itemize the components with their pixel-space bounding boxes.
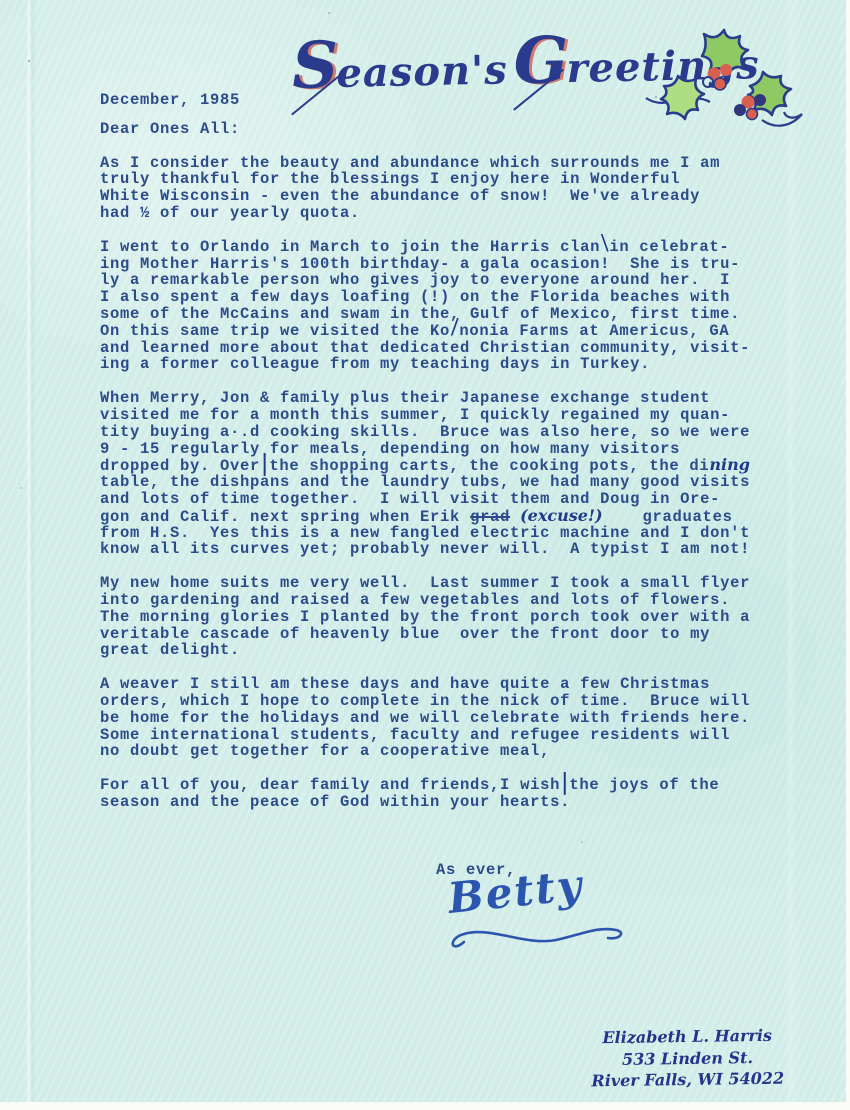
handwritten-annotation: ning bbox=[709, 455, 750, 474]
letter-line: veritable cascade of heavenly blue over … bbox=[100, 626, 790, 643]
address-city: River Falls, WI 54022 bbox=[575, 1067, 800, 1092]
letter-line: For all of you, dear family and friends,… bbox=[100, 777, 790, 794]
return-address: Elizabeth L. Harris 533 Linden St. River… bbox=[575, 1024, 801, 1092]
pen-mark: | bbox=[560, 771, 569, 797]
typed-text: the joys of the bbox=[569, 776, 719, 794]
letter-line: from H.S. Yes this is a new fangled elec… bbox=[100, 525, 790, 542]
letter-line: When Merry, Jon & family plus their Japa… bbox=[100, 390, 790, 407]
typed-text: For all of you, dear family and friends,… bbox=[100, 776, 560, 794]
letter-line: ly a remarkable person who gives joy to … bbox=[100, 272, 790, 289]
address-street: 533 Linden St. bbox=[575, 1046, 800, 1071]
letter-line: orders, which I hope to complete in the … bbox=[100, 693, 790, 710]
pen-mark: \ bbox=[600, 233, 609, 259]
scan-specks bbox=[28, 60, 30, 62]
typed-text: I went to Orlando in March to join the H… bbox=[100, 238, 600, 256]
typed-text: nonia Farms at Americus, GA bbox=[459, 322, 729, 340]
letter-line: season and the peace of God within your … bbox=[100, 794, 790, 811]
letter-paragraph: A weaver I still am these days and have … bbox=[100, 676, 790, 760]
letter-paper: Season'sGreetings December, 1985 bbox=[0, 0, 846, 1102]
letter-paragraphs: As I consider the beauty and abundance w… bbox=[100, 155, 790, 811]
address-name: Elizabeth L. Harris bbox=[575, 1024, 800, 1049]
typed-text: in celebrat- bbox=[609, 238, 729, 256]
letter-line: and learned more about that dedicated Ch… bbox=[100, 340, 790, 357]
signature-flourish bbox=[430, 924, 650, 960]
letter-line: some of the McCains and swam in the, Gul… bbox=[100, 306, 790, 323]
letter-line: tity buying a·.d cooking skills. Bruce w… bbox=[100, 424, 790, 441]
letter-line: My new home suits me very well. Last sum… bbox=[100, 575, 790, 592]
letter-paragraph: My new home suits me very well. Last sum… bbox=[100, 575, 790, 659]
letter-line: truly thankful for the blessings I enjoy… bbox=[100, 171, 790, 188]
letter-paragraph: When Merry, Jon & family plus their Japa… bbox=[100, 390, 790, 558]
letter-line: A weaver I still am these days and have … bbox=[100, 676, 790, 693]
letter-line: White Wisconsin - even the abundance of … bbox=[100, 188, 790, 205]
letter-line: had ½ of our yearly quota. bbox=[100, 205, 790, 222]
letter-line: know all its curves yet; probably never … bbox=[100, 541, 790, 558]
letter-line: table, the dishpans and the laundry tubs… bbox=[100, 474, 790, 491]
letter-line: and lots of time together. I will visit … bbox=[100, 491, 790, 508]
letter-line: On this same trip we visited the Ko/noni… bbox=[100, 323, 790, 340]
letter-line: ing Mother Harris's 100th birthday- a ga… bbox=[100, 256, 790, 273]
letter-line: gon and Calif. next spring when Erik gra… bbox=[100, 508, 790, 525]
letter-line: ing a former colleague from my teaching … bbox=[100, 356, 790, 373]
letter-line: no doubt get together for a cooperative … bbox=[100, 743, 790, 760]
typed-text: On this same trip we visited the Ko bbox=[100, 322, 450, 340]
letter-line: into gardening and raised a few vegetabl… bbox=[100, 592, 790, 609]
signature-text: Betty bbox=[447, 877, 583, 908]
letter-line: 9 - 15 regularly for meals, depending on… bbox=[100, 441, 790, 458]
letter-salutation: Dear Ones All: bbox=[100, 121, 790, 138]
letter-paragraph: I went to Orlando in March to join the H… bbox=[100, 239, 790, 373]
letter-date: December, 1985 bbox=[100, 92, 790, 109]
letter-line: visited me for a month this summer, I qu… bbox=[100, 407, 790, 424]
pen-mark: | bbox=[260, 452, 269, 478]
letter-paragraph: For all of you, dear family and friends,… bbox=[100, 777, 790, 811]
letter-line: dropped by. Over|the shopping carts, the… bbox=[100, 457, 790, 474]
letter-line: I also spent a few days loafing (!) on t… bbox=[100, 289, 790, 306]
letter-line: As I consider the beauty and abundance w… bbox=[100, 155, 790, 172]
signature: Betty bbox=[430, 884, 650, 956]
letter-paragraph: As I consider the beauty and abundance w… bbox=[100, 155, 790, 222]
header-initial-g: G bbox=[513, 23, 567, 99]
letter-line: be home for the holidays and we will cel… bbox=[100, 710, 790, 727]
letter-line: Some international students, faculty and… bbox=[100, 727, 790, 744]
pen-mark: / bbox=[450, 317, 459, 343]
header-word1-rest: eason's bbox=[336, 46, 508, 97]
letter-line: The morning glories I planted by the fro… bbox=[100, 609, 790, 626]
handwritten-annotation: (excuse!) bbox=[520, 506, 602, 525]
letter-line: I went to Orlando in March to join the H… bbox=[100, 239, 790, 256]
letter-line: great delight. bbox=[100, 642, 790, 659]
letter-body: December, 1985 Dear Ones All: As I consi… bbox=[100, 92, 790, 956]
